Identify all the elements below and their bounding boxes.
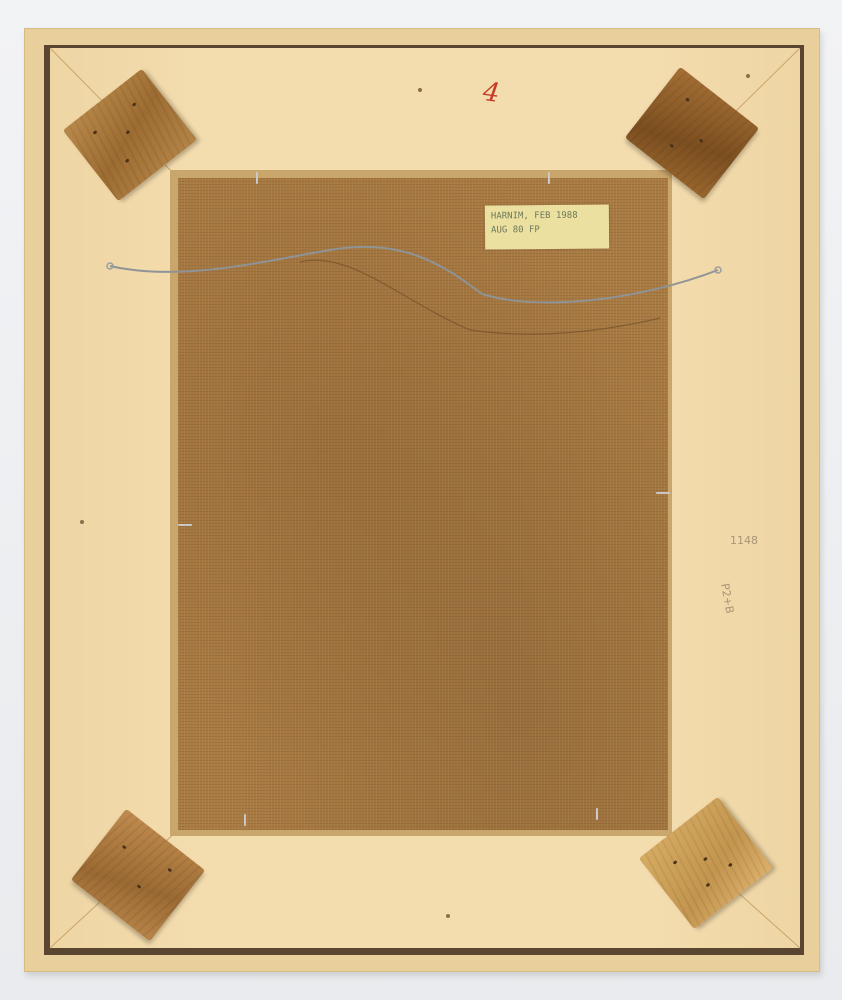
handwritten-label: HARNIM, FEB 1988 AUG 80 FP bbox=[485, 204, 609, 249]
nail bbox=[596, 808, 598, 820]
tack bbox=[80, 520, 84, 524]
nail bbox=[548, 172, 550, 184]
label-line-2: AUG 80 FP bbox=[491, 223, 603, 238]
nail bbox=[656, 492, 670, 494]
nail bbox=[178, 524, 192, 526]
tack bbox=[446, 914, 450, 918]
tack bbox=[746, 74, 750, 78]
tack bbox=[418, 88, 422, 92]
label-line-1: HARNIM, FEB 1988 bbox=[491, 209, 603, 224]
hardboard-backing bbox=[178, 178, 668, 830]
nail bbox=[244, 814, 246, 826]
red-inventory-mark: 4 bbox=[481, 77, 502, 109]
nail bbox=[256, 172, 258, 184]
pencil-note: 1148 bbox=[730, 534, 758, 547]
